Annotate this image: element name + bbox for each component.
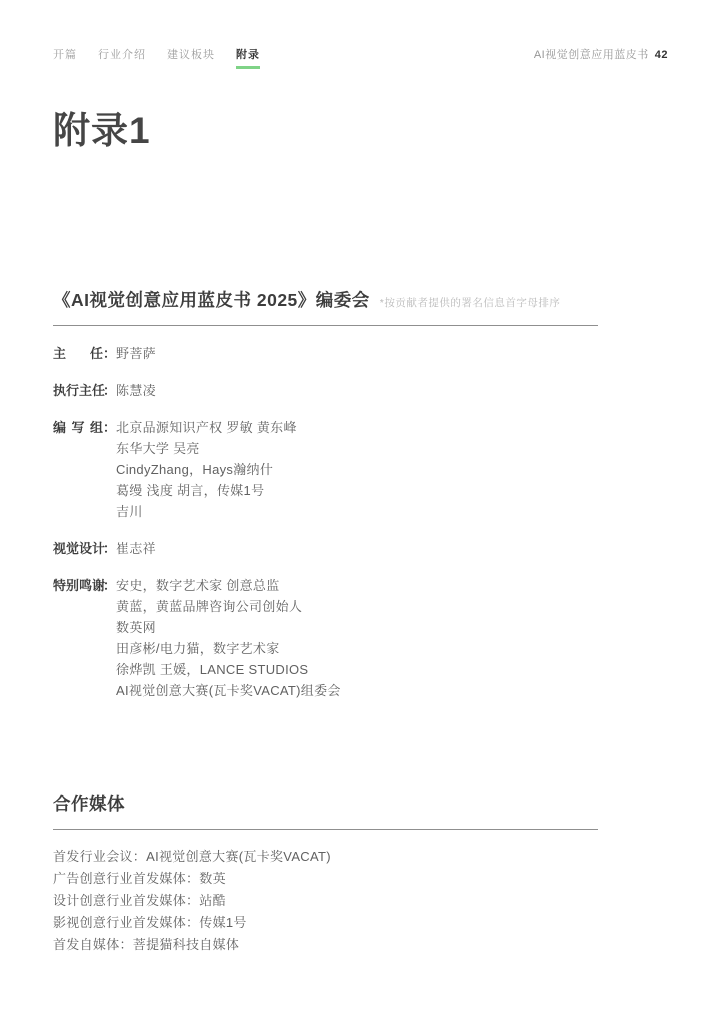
media-list-item: 首发行业会议：AI视觉创意大赛(瓦卡奖VACAT) — [53, 846, 668, 868]
media-list-item: 影视创意行业首发媒体：传媒1号 — [53, 912, 668, 934]
page-number: 42 — [655, 49, 668, 61]
value-line: AI视觉创意大赛(瓦卡奖VACAT)组委会 — [116, 680, 341, 701]
value-line: 葛缦 浅度 胡言，传媒1号 — [116, 480, 297, 501]
row-values: 北京品源知识产权 罗敏 黄东峰 东华大学 吴亮 CindyZhang，Hays瀚… — [116, 417, 297, 522]
media-list-item: 广告创意行业首发媒体：数英 — [53, 868, 668, 890]
committee-row-exec-director: 执行主任： 陈慧凌 — [53, 380, 668, 401]
value-line: 黄蓝，黄蓝品牌咨询公司创始人 — [116, 596, 341, 617]
committee-heading: 《AI视觉创意应用蓝皮书 2025》编委会 — [53, 287, 370, 312]
section-divider — [53, 325, 598, 326]
row-values: 安史，数字艺术家 创意总监 黄蓝，黄蓝品牌咨询公司创始人 数英网 田彦彬/电力猫… — [116, 575, 341, 701]
nav-item-hangye-jieshao[interactable]: 行业介绍 — [98, 46, 146, 69]
value-line: 安史，数字艺术家 创意总监 — [116, 575, 341, 596]
value-line: 东华大学 吴亮 — [116, 438, 297, 459]
row-values: 崔志祥 — [116, 538, 156, 559]
row-label: 执行主任： — [53, 380, 116, 401]
row-label: 特别鸣谢： — [53, 575, 116, 701]
value-line: 北京品源知识产权 罗敏 黄东峰 — [116, 417, 297, 438]
nav-item-kaipian[interactable]: 开篇 — [53, 46, 77, 69]
row-values: 陈慧凌 — [116, 380, 156, 401]
committee-row-director: 主任： 野菩萨 — [53, 343, 668, 364]
committee-row-special-thanks: 特别鸣谢： 安史，数字艺术家 创意总监 黄蓝，黄蓝品牌咨询公司创始人 数英网 田… — [53, 575, 668, 701]
committee-rows: 主任： 野菩萨 执行主任： 陈慧凌 编写组： 北京品源知识产权 罗敏 黄东峰 东… — [53, 343, 668, 701]
active-tab-underline — [236, 66, 260, 69]
nav-item-label: 附录 — [236, 49, 260, 61]
nav-item-jianyi-bankuai[interactable]: 建议板块 — [167, 46, 215, 69]
value-line: 崔志祥 — [116, 538, 156, 559]
value-line: 陈慧凌 — [116, 380, 156, 401]
media-list-item: 首发自媒体：菩提猫科技自媒体 — [53, 934, 668, 956]
document-page: 开篇 行业介绍 建议板块 附录 AI视觉创意应用蓝皮书42 附录1 《AI视觉创… — [0, 0, 724, 1024]
doc-title: AI视觉创意应用蓝皮书 — [534, 49, 649, 61]
committee-section: 《AI视觉创意应用蓝皮书 2025》编委会 *按贡献者提供的署名信息首字母排序 … — [53, 287, 668, 701]
page-title: 附录1 — [53, 109, 668, 153]
committee-row-visual-design: 视觉设计： 崔志祥 — [53, 538, 668, 559]
row-label: 编写组： — [53, 417, 116, 522]
row-label: 主任： — [53, 343, 116, 364]
row-values: 野菩萨 — [116, 343, 156, 364]
media-list: 首发行业会议：AI视觉创意大赛(瓦卡奖VACAT) 广告创意行业首发媒体：数英 … — [53, 846, 668, 956]
nav-item-fulu-active[interactable]: 附录 — [236, 46, 260, 69]
committee-row-writing-group: 编写组： 北京品源知识产权 罗敏 黄东峰 东华大学 吴亮 CindyZhang，… — [53, 417, 668, 522]
top-nav: 开篇 行业介绍 建议板块 附录 — [53, 46, 260, 69]
value-line: CindyZhang，Hays瀚纳什 — [116, 459, 297, 480]
value-line: 徐烨凯 王媛，LANCE STUDIOS — [116, 659, 341, 680]
row-label: 视觉设计： — [53, 538, 116, 559]
committee-heading-row: 《AI视觉创意应用蓝皮书 2025》编委会 *按贡献者提供的署名信息首字母排序 — [53, 287, 668, 312]
committee-note: *按贡献者提供的署名信息首字母排序 — [380, 295, 561, 310]
page-header: 开篇 行业介绍 建议板块 附录 AI视觉创意应用蓝皮书42 — [53, 46, 668, 69]
section-divider — [53, 829, 598, 830]
media-list-item: 设计创意行业首发媒体：站酷 — [53, 890, 668, 912]
value-line: 吉川 — [116, 501, 297, 522]
value-line: 数英网 — [116, 617, 341, 638]
doc-reference: AI视觉创意应用蓝皮书42 — [534, 46, 668, 62]
value-line: 田彦彬/电力猫，数字艺术家 — [116, 638, 341, 659]
value-line: 野菩萨 — [116, 343, 156, 364]
media-section: 合作媒体 首发行业会议：AI视觉创意大赛(瓦卡奖VACAT) 广告创意行业首发媒… — [53, 791, 668, 956]
media-heading: 合作媒体 — [53, 791, 668, 816]
